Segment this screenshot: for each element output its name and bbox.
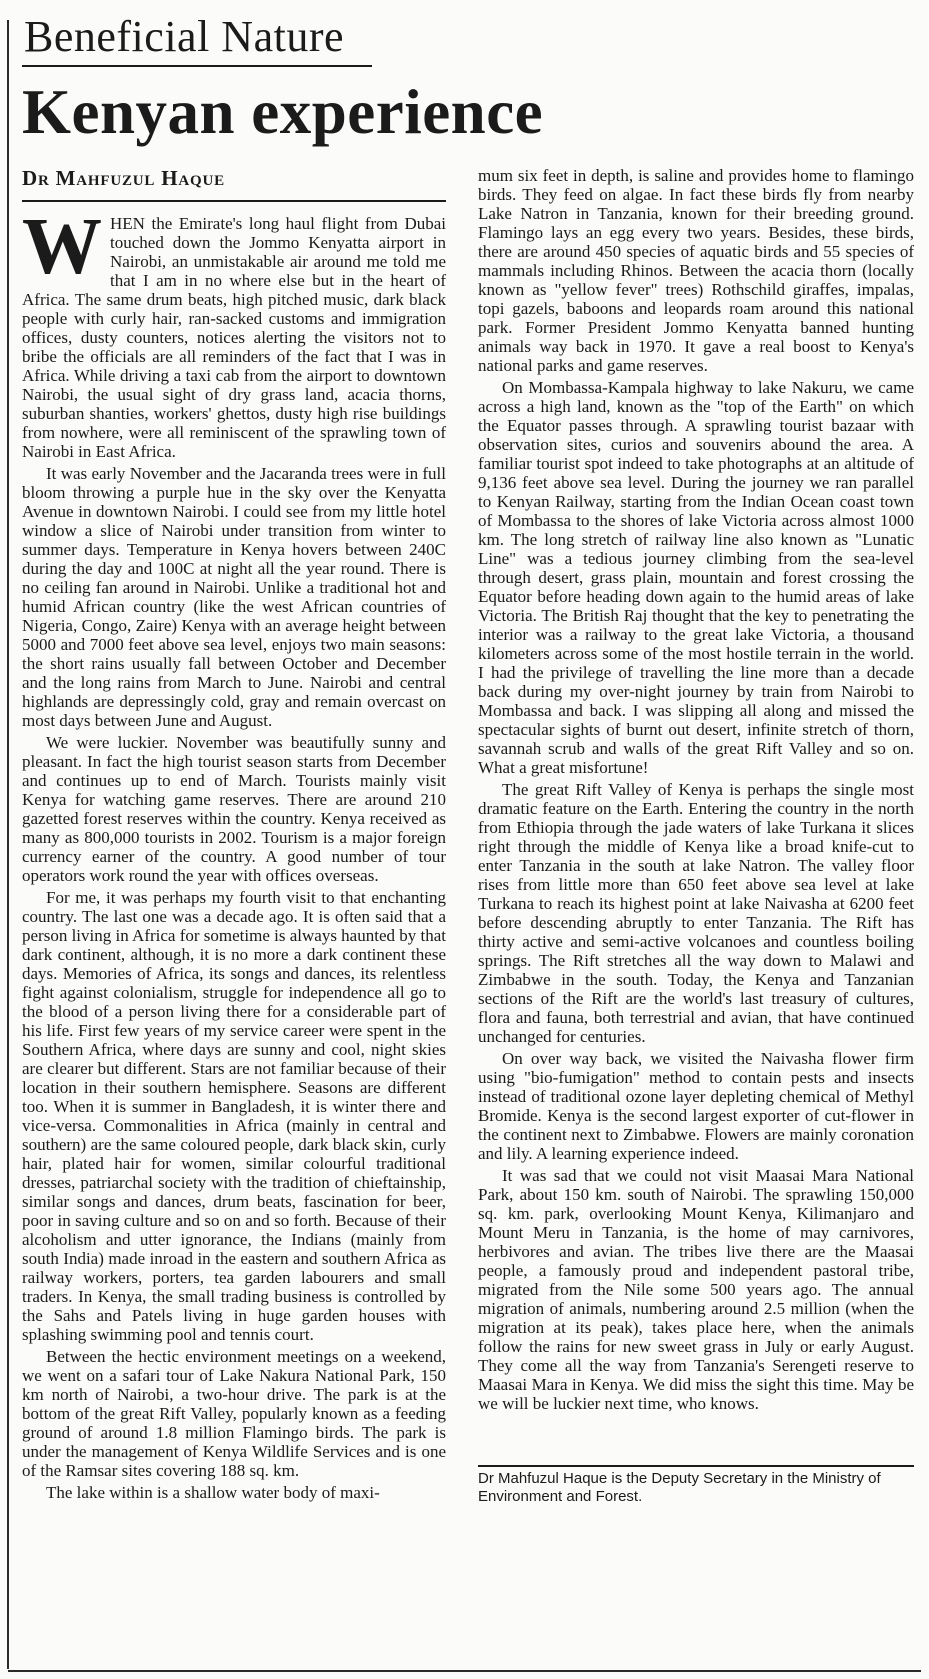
article-headline: Kenyan experience bbox=[22, 81, 914, 144]
kicker-row: Beneficial Nature bbox=[22, 14, 914, 67]
article-paragraph: On Mombassa-Kampala highway to lake Naku… bbox=[478, 378, 914, 777]
drop-cap: W bbox=[22, 214, 110, 276]
right-column: mum six feet in depth, is saline and pro… bbox=[478, 166, 914, 1506]
article-paragraph: It was early November and the Jacaranda … bbox=[22, 464, 446, 730]
section-kicker: Beneficial Nature bbox=[22, 14, 372, 67]
article-content: Beneficial Nature Kenyan experience Dr M… bbox=[22, 14, 914, 1506]
byline: Dr Mahfuzul Haque bbox=[22, 166, 446, 202]
article-columns: Dr Mahfuzul Haque WHEN the Emirate's lon… bbox=[22, 166, 914, 1506]
left-edge-rule bbox=[7, 20, 9, 1669]
author-credit: Dr Mahfuzul Haque is the Deputy Secretar… bbox=[478, 1470, 914, 1506]
article-paragraph: mum six feet in depth, is saline and pro… bbox=[478, 166, 914, 375]
left-column: Dr Mahfuzul Haque WHEN the Emirate's lon… bbox=[22, 166, 446, 1506]
article-paragraph: WHEN the Emirate's long haul flight from… bbox=[22, 214, 446, 461]
article-paragraph: The great Rift Valley of Kenya is perhap… bbox=[478, 780, 914, 1046]
newspaper-page: Beneficial Nature Kenyan experience Dr M… bbox=[0, 0, 929, 1679]
article-paragraph: We were luckier. November was beautifull… bbox=[22, 733, 446, 885]
article-paragraph: On over way back, we visited the Naivash… bbox=[478, 1049, 914, 1163]
article-paragraph: For me, it was perhaps my fourth visit t… bbox=[22, 888, 446, 1344]
bottom-page-rule bbox=[8, 1670, 921, 1672]
article-paragraph: It was sad that we could not visit Maasa… bbox=[478, 1166, 914, 1413]
author-credit-box: Dr Mahfuzul Haque is the Deputy Secretar… bbox=[478, 1465, 914, 1506]
article-paragraph: Between the hectic environment meetings … bbox=[22, 1347, 446, 1480]
article-paragraph: The lake within is a shallow water body … bbox=[22, 1483, 446, 1502]
